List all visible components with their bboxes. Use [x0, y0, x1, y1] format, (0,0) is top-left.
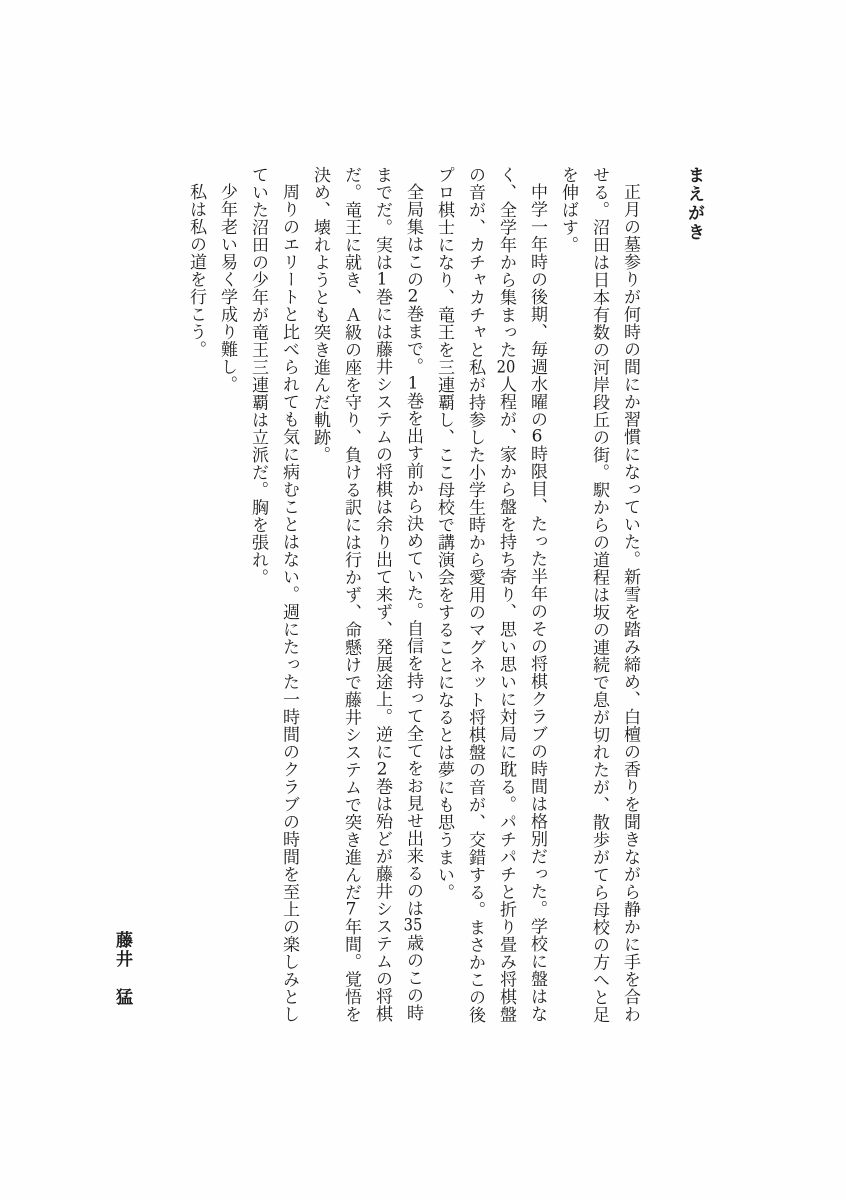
preface-title: まえがき [678, 166, 709, 1034]
preface-text-block: まえがき 正月の墓参りが何時の間にか習慣になっていた。新雪を踏み締め、白檀の香り… [180, 166, 709, 1034]
preface-paragraph: 周りのエリートと比べられても気に病むことはない。週にたった一時間のクラブの時間を… [242, 166, 304, 1034]
preface-paragraph: 少年老い易く学成り難し。 [211, 166, 242, 1034]
preface-paragraph: 正月の墓参りが何時の間にか習慣になっていた。新雪を踏み締め、白檀の香りを聞きなが… [552, 166, 645, 1034]
author-signature: 藤井 猛 [111, 931, 133, 1007]
preface-paragraph: 全局集はこの2巻まで。1巻を出す前から決めていた。自信を持って全てをお見せ出来る… [304, 166, 428, 1034]
book-page: まえがき 正月の墓参りが何時の間にか習慣になっていた。新雪を踏み締め、白檀の香り… [0, 0, 846, 1200]
preface-paragraph: 中学一年時の後期、毎週水曜の6時限目、たった半年のその将棋クラブの時間は格別だっ… [428, 166, 552, 1034]
preface-paragraph: 私は私の道を行こう。 [180, 166, 211, 1034]
